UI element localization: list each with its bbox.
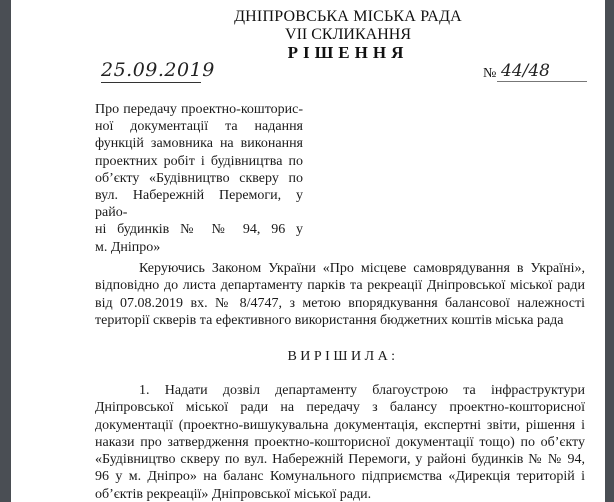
viewer-left-margin xyxy=(0,0,11,502)
document-page: ДНІПРОВСЬКА МІСЬКА РАДА VII СКЛИКАННЯ РІ… xyxy=(11,0,605,502)
subject-line: об’єкту «Будівництво скверу по xyxy=(95,170,303,187)
item-line: документації (проектно-вишукувальна доку… xyxy=(95,417,585,434)
preamble-line: відповідно до листа департаменту парків … xyxy=(95,277,585,294)
subject-line: ні будинків № № 94, 96 у xyxy=(95,221,303,238)
resolved-heading: ВИРІШИЛА: xyxy=(11,349,605,365)
subject-line: Про передачу проектно-кошторис- xyxy=(95,101,303,118)
number-sign: № xyxy=(483,66,496,82)
preamble-line: території скверів та ефективного викорис… xyxy=(95,312,585,329)
convocation: VII СКЛИКАННЯ xyxy=(11,26,605,44)
preamble-paragraph: Керуючись Законом України «Про місцеве с… xyxy=(95,260,585,329)
item-line: «Будівництво скверу по вул. Набережній П… xyxy=(95,451,585,468)
item-line: накази про затвердження проектно-коштори… xyxy=(95,434,585,451)
council-name: ДНІПРОВСЬКА МІСЬКА РАДА xyxy=(11,8,605,26)
subject-line: функцій замовника на виконання xyxy=(95,135,303,152)
subject-line: вул. Набережній Перемоги, у райо- xyxy=(95,187,303,221)
preamble-line: Керуючись Законом України «Про місцеве с… xyxy=(95,260,585,277)
decision-subject: Про передачу проектно-кошторис- ної доку… xyxy=(95,101,303,256)
decision-date-handwritten: 25.09.2019 xyxy=(101,58,201,83)
item-line: 96 у м. Дніпро» на баланс Комунального п… xyxy=(95,468,585,485)
decision-number-handwritten: 44/48 xyxy=(497,60,587,82)
item-line: об’єктів рекреації» Дніпровської міської… xyxy=(95,486,585,502)
viewer-scrollbar[interactable] xyxy=(605,0,614,502)
preamble-line: від 07.08.2019 вх. № 8/4747, з метою впо… xyxy=(95,295,585,312)
subject-line: ної документації та надання xyxy=(95,118,303,135)
item-line: Дніпровської міської ради на передачу з … xyxy=(95,399,585,416)
subject-line: проектних робіт і будівництва по xyxy=(95,153,303,170)
item-line: 1. Надати дозвіл департаменту благоустро… xyxy=(95,382,585,399)
item-1-paragraph: 1. Надати дозвіл департаменту благоустро… xyxy=(95,382,585,502)
subject-line: м. Дніпро» xyxy=(95,239,303,256)
